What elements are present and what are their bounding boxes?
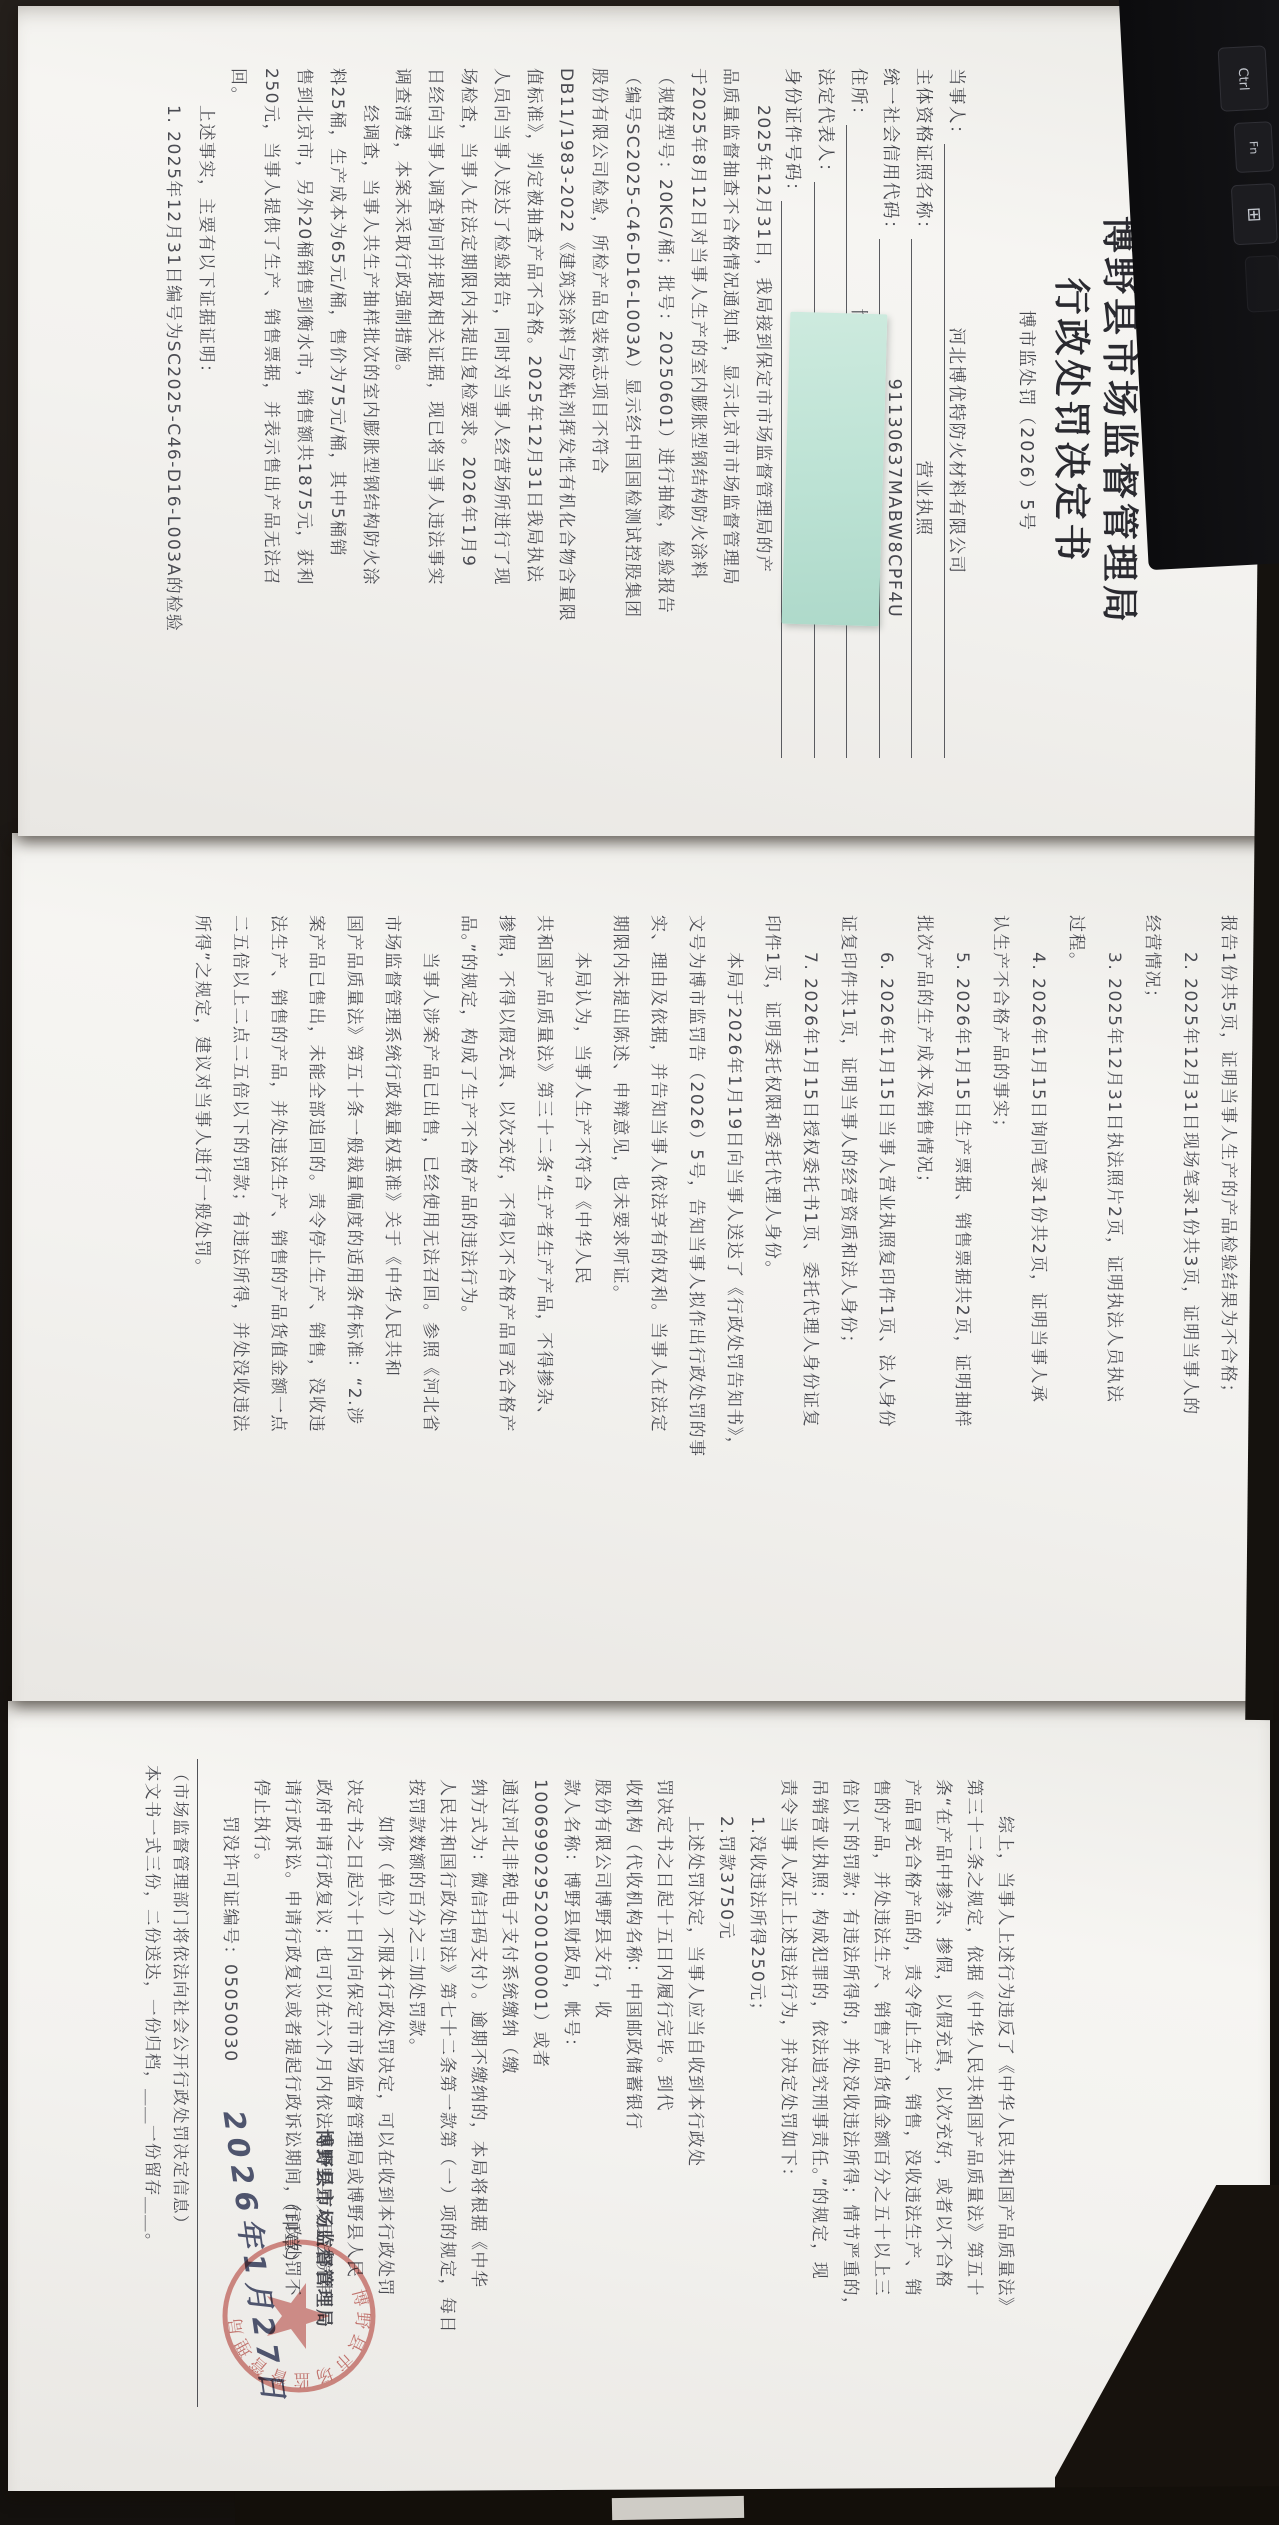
document-line: 市场监督管理系统行政裁量权基准》关于《中华人民共和: [382, 915, 402, 1378]
document-line: 罚决定书之日起十五日内履行完毕。到代: [654, 1779, 674, 2112]
desk-edge-object: [612, 2496, 744, 2520]
document-line: 回。: [228, 68, 248, 105]
document-line: 本局认为，当事人生产不符合《中华人民: [572, 915, 592, 1285]
document-line: 当事人涉案产品已出售，已经使用无法召回。参照《河北省: [420, 915, 440, 1433]
document-line: 3. 2025年12月31日执法照片2页，证明执法人员执法: [1104, 915, 1124, 1403]
document-line: 1006990295200100001）或者: [530, 1779, 550, 2069]
field-label: 法定代表人：: [814, 68, 839, 182]
document-line: 产品冒充合格产品的，责令停止生产、销售，没收违法生产、销: [902, 1779, 922, 2297]
document-line: 1. 2025年12月31日编号为SC2025-C46-D16-L003A的检验: [162, 68, 182, 632]
document-line: 值标准》，判定被抽查产品不合格。2025年12月31日我局执法: [523, 68, 543, 584]
document-line: 2.罚款3750元: [716, 1779, 736, 1940]
windows-logo-icon: ⊞: [1243, 206, 1265, 222]
document-line: 吊销营业执照；构成犯罪的，依法追究刑事责任。”的规定，现: [809, 1779, 829, 2280]
document-line: 批次产品的生产成本及销售情况；: [914, 915, 934, 1193]
document-line: 法生产、销售的产品，并处违法生产、销售的产品货值金额一点: [268, 915, 288, 1433]
document-line: 上述事实，主要有以下证据证明：: [195, 68, 215, 383]
document-line: （编号SC2025-C46-D16-L003A）显示经中国国检测试控股集团: [622, 68, 642, 619]
document-line: 料25桶，生产成本为65元/桶，售价为75元/桶，其中5桶销: [326, 68, 346, 557]
windows-key: ⊞: [1231, 183, 1278, 245]
document-line: 6. 2026年1月15日当事人营业执照复印件1页、法人身份: [876, 915, 896, 1428]
document-line: 共和国产品质量法》第三十二条“生产者生产产品，不得掺杂、: [534, 915, 554, 1425]
official-seal-stamp: 博野县市场监督管理局: [216, 2233, 382, 2399]
document-line: 股份有限公司博野县支行，收: [592, 1779, 612, 2020]
document-line: 本局于2026年1月19日向当事人送达了《行政处罚告知书》，: [724, 915, 744, 1455]
document-line: 掺假，不得以假充真、以次充好，不得以不合格产品冒充合格产: [496, 915, 516, 1433]
paper-sheet-page3: 综上，当事人上述行为违反了《中华人民共和国产品质量法》第三十二条之规定，依据《中…: [8, 1701, 1270, 2491]
document-line: 决定书之日起六十日内向保定市市场监督管理局或博野县人民: [344, 1779, 364, 2279]
document-line: 场检查，当事人在法定期限内未提出复检要求。2026年1月9: [458, 68, 478, 567]
document-line: 250元，当事人提供了生产、销售票据，并表示售出产品无法召: [261, 68, 281, 586]
document-line: 人员向当事人送达了检验报告，同时对当事人经营场所进行了现: [490, 68, 510, 586]
document-line: 印件1页，证明委托权限和委托代理人身份。: [762, 915, 782, 1279]
ctrl-key-label: Ctrl: [1235, 67, 1251, 91]
document-line: 5. 2026年1月15日生产票据、销售票据共2页，证明抽样: [952, 915, 972, 1428]
document-line: 品。”的规定，构成了生产不合格产品的违法行为。: [458, 915, 478, 1324]
document-title-type: 行政处罚决定书: [1048, 6, 1102, 836]
document-line: 调查清楚，本案未采取行政强制措施。: [392, 68, 412, 383]
field-label: 统一社会信用代码：: [879, 68, 904, 239]
document-line: 股份有限公司检验，所检产品包装标志项目不符合: [589, 68, 609, 475]
document-line: 如你（单位）不服本行政处罚决定，可以在收到本行政处罚: [375, 1779, 395, 2297]
sticky-note-redaction: [782, 312, 888, 627]
document-line: 过程。: [1066, 915, 1086, 971]
document-line: 罚没许可证编号：05050030: [220, 1779, 240, 2063]
document-line: 报告1份共5页，证明当事人生产的产品检验结果为不合格；: [1218, 915, 1238, 1402]
document-line: 条“在产品中掺杂、掺假，以假充真，以次充好，或者以不合格: [933, 1779, 953, 2289]
paper-sheet-page1: 博野县市场监督管理局 行政处罚决定书 博市监处罚（2026）5号 当事人：河北博…: [18, 6, 1268, 836]
document-line: 按罚款数额的百分之三加处罚款。: [406, 1779, 426, 2057]
desk-bottom-strip: [235, 2486, 1279, 2525]
document-line: 期限内未提出陈述、申辩意见，也未要求听证。: [610, 915, 630, 1304]
party-field-2: 主体资格证照名称：营业执照: [911, 68, 937, 758]
document-line: 人民共和国行政处罚法》第七十二条第一款第（一）项的规定，每日: [437, 1779, 457, 2334]
document-line: 第三十二条之规定，依据《中华人民共和国产品质量法》第五十: [964, 1779, 984, 2297]
document-line: 倍以下的罚款；有违法所得的，并处没收违法所得；情节严重的，: [840, 1779, 860, 2316]
field-label: 身份证件号码：: [781, 68, 806, 201]
document-line: 认生产不合格产品的事实；: [990, 915, 1010, 1137]
footer-rule: [197, 1759, 198, 2407]
document-line: 国产品质量法》第五十条一般裁量幅度的适用条件标准：“2.涉: [344, 915, 364, 1426]
document-line: 收机构（代收机构名称：中国邮政储蓄银行: [623, 1779, 643, 2131]
document-line: （规格型号：20KG/桶；批号：20250601）进行抽检，检验报告: [654, 68, 674, 614]
ctrl-key: Ctrl: [1218, 45, 1269, 111]
document-line: 纳方式为：微信扫码支付）。逾期不缴纳的，本局将根据《中华: [468, 1779, 488, 2289]
document-line: 经调查，当事人共生产抽样批次的室内膨胀型钢结构防火涂: [359, 68, 379, 586]
seal-star-icon: [267, 2283, 330, 2349]
document-line: 上述处罚决定，当事人应当自收到本行政处: [685, 1779, 705, 2168]
paper-sheet-page2: 报告1份共5页，证明当事人生产的产品检验结果为不合格； 2. 2025年12月3…: [12, 833, 1268, 1701]
document-number: 博市监处罚（2026）5号: [1015, 6, 1040, 836]
document-line: 文号为博市监罚告（2026）5号，告知当事人拟作出行政处罚的事: [686, 915, 706, 1458]
document-line: 品质量监督抽查不合格情况通知单，显示北京市市场监督管理局: [720, 68, 740, 586]
document-line: 经营情况；: [1142, 915, 1162, 1008]
document-line: 4. 2026年1月15日询问笔录1份共2页，证明当事人承: [1028, 915, 1048, 1403]
document-line: 2025年12月31日，我局接到保定市市场监督管理局的产: [753, 68, 773, 574]
document-line: 通过河北非税电子支付系统缴纳（缴: [499, 1779, 519, 2075]
document-line: 所得”之规定，建议对当事人进行一般处罚。: [192, 915, 212, 1277]
field-value: 河北博优特防火材料有限公司: [944, 144, 970, 758]
document-line: 责令当事人改正上述违法行为，并决定处罚如下：: [778, 1779, 798, 2186]
field-label: 当事人：: [944, 68, 970, 144]
document-line: 实、理由及依据，并告知当事人依法享有的权利。当事人在法定: [648, 915, 668, 1433]
document-line: 案产品已售出，未能全部追回的。责令停止生产、销售，没收违: [306, 915, 326, 1433]
desk-photo: 综上，当事人上述行为违反了《中华人民共和国产品质量法》第三十二条之规定，依据《中…: [0, 0, 1279, 2525]
field-label: 主体资格证照名称：: [911, 68, 937, 239]
document-line: 2. 2025年12月31日现场笔录1份共3页，证明当事人的: [1180, 915, 1200, 1416]
document-line: 款人名称：博野县财政局，帐号：: [561, 1779, 581, 2057]
field-label: 住所：: [846, 68, 872, 125]
footer-copies-note: 本文书一式三份，二份送达，一份归档，＿＿一份留存＿＿。: [142, 1765, 162, 2251]
document-line: 二五倍以上二点二五倍以下的罚款；有违法所得，并处没收违法: [230, 915, 250, 1433]
document-line: DB11/1983-2022《建筑类涂料与胶粘剂挥发性有机化合物含量限: [556, 68, 576, 622]
document-line: 售到北京市，另外20桶销售到衡水市，销售额共1875元，获利: [294, 68, 314, 586]
document-line: 7. 2026年1月15日授权委托书1页、委托代理人身份证复: [800, 915, 820, 1428]
document-line: 于2025年8月12日对当事人生产的室内膨胀型钢结构防火涂料: [687, 68, 707, 580]
fn-key: Fn: [1234, 121, 1275, 173]
document-line: 1.没收违法所得250元；: [747, 1779, 767, 2020]
document-line: 综上，当事人上述行为违反了《中华人民共和国产品质量法》: [995, 1779, 1015, 2316]
fn-key-label: Fn: [1247, 140, 1261, 154]
footer-public-disclosure-note: （市场监督管理部门将依法向社会公开行政处罚决定信息）: [170, 1765, 190, 2233]
document-line: 日经向当事人调查询问并提取相关证据，现已将当事人违法事实: [425, 68, 445, 586]
document-line: 证复印件共1页，证明当事人的经营资质和法人身份；: [838, 915, 858, 1353]
party-field-1: 当事人：河北博优特防火材料有限公司: [944, 68, 970, 758]
document-line: 停止执行。: [251, 1779, 271, 1872]
document-line: 售的产品，并处违法生产、销售产品货值金额百分之五十以上三: [871, 1779, 891, 2297]
partial-key: [1245, 255, 1279, 313]
field-value: 营业执照: [911, 239, 937, 758]
